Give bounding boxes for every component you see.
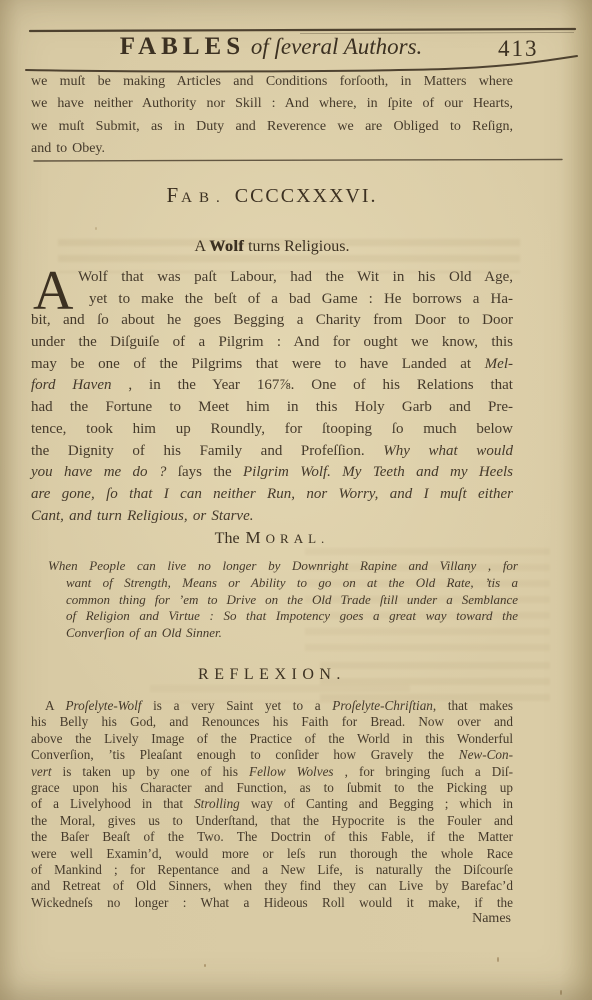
moral-heading-caps: ORAL.: [266, 531, 330, 546]
text-line: of Religion and Virtue : So that Impoten…: [66, 608, 518, 625]
moral-heading-initial: M: [246, 528, 266, 547]
text-line: of Mankind ; for Repentance and a New Li…: [31, 862, 513, 878]
text-line: Cant, and turn Religious, or Starve.: [31, 506, 513, 528]
text-line: and Retreat of Old Sinners, when they fi…: [31, 878, 513, 894]
text-line: want of Strength, Means or Ability to go…: [66, 575, 518, 592]
catchword: Names: [31, 911, 511, 927]
text-line: Converſion of an Old Sinner.: [66, 625, 518, 642]
fable-number-numeral: CCCCXXXVI.: [235, 185, 378, 207]
text-line: tence, took him up Roundly, for ſtooping…: [31, 419, 513, 441]
ink-speck: [204, 964, 206, 967]
text-line: the Baſer Beaſt of the Two. The Doctrin …: [31, 829, 513, 845]
text-line: had the Fortune to Meet him in this Holy…: [31, 397, 513, 419]
text-line: the Dignity of his Family and Profeſſion…: [31, 441, 513, 463]
text-line: we have neither Authority nor Skill : An…: [31, 93, 513, 115]
text-line: his Belly his God, and Renounces his Fai…: [31, 714, 513, 730]
reflexion-paragraph: A Proſelyte-Wolf is a very Saint yet to …: [31, 698, 513, 911]
text-line: Converſion, ’tis Pleaſant enough to conſ…: [31, 747, 513, 763]
text-line: are gone, ſo that I can neither Run, nor…: [31, 484, 513, 506]
moral-heading: The MORAL.: [31, 528, 513, 548]
text-line: we muſt Submit, as in Duty and Reverence…: [31, 116, 513, 138]
page-number: 413: [498, 36, 558, 62]
text-line: the Moral, gives us to Underſtand, that …: [31, 813, 513, 829]
text-line: A Proſelyte-Wolf is a very Saint yet to …: [31, 698, 513, 714]
fable-number-heading: FAB.CCCCXXXVI.: [31, 183, 513, 208]
fable-title: A Wolf turns Religious.: [31, 236, 513, 258]
text-line: under the Diſguiſe of a Pilgrim : And fo…: [31, 332, 513, 354]
text-line: above the Lively Image of the Practice o…: [31, 731, 513, 747]
text-line: grace upon his Character and Function, a…: [31, 780, 513, 796]
text-line: and to Obey.: [31, 138, 513, 160]
running-head: FABLES of ſeveral Authors.: [30, 33, 512, 61]
text-line: Wolf that was paſt Labour, had the Wit i…: [31, 267, 513, 289]
text-line: you have me do ? ſays the Pilgrim Wolf. …: [31, 462, 513, 484]
ink-speck: [497, 957, 499, 962]
moral-heading-the: The: [215, 530, 244, 547]
text-line: vert is taken up by one of his Fellow Wo…: [31, 764, 513, 780]
text-line: ford Haven , in the Year 167⅞. One of hi…: [31, 375, 513, 397]
text-line: may be one of the Pilgrims that were to …: [31, 354, 513, 376]
text-line: we muſt be making Articles and Condition…: [31, 71, 513, 93]
book-page-scan: FABLES of ſeveral Authors. 413 we muſt b…: [0, 0, 592, 1000]
text-line: bit, and ſo about he goes Begging a Char…: [31, 310, 513, 332]
fable-number-f: F: [166, 183, 178, 207]
head-rule-top: [30, 29, 575, 31]
moral-paragraph: When People can live no longer by Downri…: [66, 558, 518, 642]
text-line: Wickedneſs no longer : What a Hideous Ro…: [31, 895, 513, 911]
text-line: common thing for ’em to Drive on the Old…: [66, 592, 518, 609]
text-line: When People can live no longer by Downri…: [48, 558, 518, 575]
fable-number-ab: AB.: [181, 190, 227, 206]
text-line: were well Examin’d, would more or leſs r…: [31, 846, 513, 862]
reflexion-heading: REFLEXION.: [31, 666, 513, 684]
fable-body: Wolf that was paſt Labour, had the Wit i…: [31, 267, 513, 527]
running-head-subtitle: of ſeveral Authors.: [245, 34, 422, 59]
running-head-title: FABLES: [120, 33, 245, 60]
ink-speck: [560, 990, 562, 995]
text-line: A Wolf turns Religious.: [31, 236, 513, 258]
text-line: yet to make the beſt of a bad Game : He …: [31, 289, 513, 311]
text-line: of a Livelyhood in that Strolling way of…: [31, 796, 513, 812]
ink-speck: [95, 227, 97, 230]
carryover-paragraph: we muſt be making Articles and Condition…: [31, 71, 513, 160]
